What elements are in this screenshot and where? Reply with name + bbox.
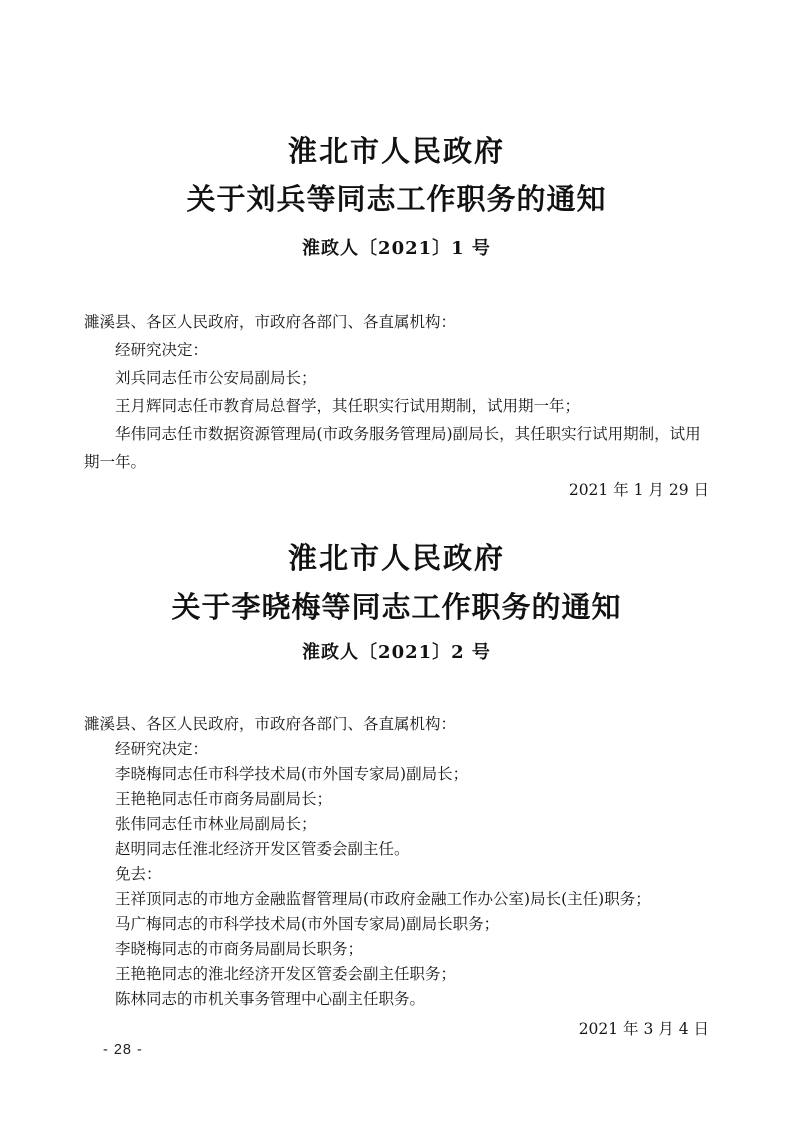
notice-1-paragraph: 王月辉同志任市教育局总督学，其任职实行试用期制，试用期一年； (84, 392, 709, 420)
page-number: - 28 - (103, 1042, 143, 1058)
notice-1-paragraph: 华伟同志任市数据资源管理局(市政务服务管理局)副局长，其任职实行试用期制，试用期… (84, 420, 709, 476)
notice-2-doc-number: 淮政人〔2021〕2 号 (84, 642, 709, 664)
notice-2-paragraph: 王艳艳同志任市商务局副局长； (84, 787, 709, 812)
notice-2-title: 关于李晓梅等同志工作职务的通知 (84, 591, 709, 624)
notice-2: 淮北市人民政府 关于李晓梅等同志工作职务的通知 淮政人〔2021〕2 号 濉溪县… (84, 542, 709, 1042)
notice-1-paragraph: 经研究决定： (84, 336, 709, 364)
notice-2-paragraph: 张伟同志任市林业局副局长； (84, 812, 709, 837)
notice-1: 淮北市人民政府 关于刘兵等同志工作职务的通知 淮政人〔2021〕1 号 濉溪县、… (84, 135, 709, 504)
notice-2-salutation: 濉溪县、各区人民政府，市政府各部门、各直属机构： (84, 712, 709, 737)
notice-2-paragraph: 李晓梅同志任市科学技术局(市外国专家局)副局长； (84, 762, 709, 787)
notice-1-date: 2021 年 1 月 29 日 (84, 476, 709, 504)
document-page: 淮北市人民政府 关于刘兵等同志工作职务的通知 淮政人〔2021〕1 号 濉溪县、… (0, 0, 793, 1122)
notice-2-issuing-org: 淮北市人民政府 (84, 542, 709, 575)
notice-2-date: 2021 年 3 月 4 日 (84, 1017, 709, 1042)
notice-2-paragraph: 马广梅同志的市科学技术局(市外国专家局)副局长职务； (84, 912, 709, 937)
notice-2-paragraph: 陈林同志的市机关事务管理中心副主任职务。 (84, 987, 709, 1012)
notice-1-salutation: 濉溪县、各区人民政府，市政府各部门、各直属机构： (84, 308, 709, 336)
notice-2-paragraph: 王祥顶同志的市地方金融监督管理局(市政府金融工作办公室)局长(主任)职务； (84, 887, 709, 912)
notice-2-paragraph: 赵明同志任淮北经济开发区管委会副主任。 (84, 837, 709, 862)
page-footer: - 28 - (84, 1042, 709, 1058)
notice-2-paragraph: 免去： (84, 862, 709, 887)
notice-2-paragraph: 李晓梅同志的市商务局副局长职务； (84, 937, 709, 962)
notice-2-paragraph: 王艳艳同志的淮北经济开发区管委会副主任职务； (84, 962, 709, 987)
notice-1-title: 关于刘兵等同志工作职务的通知 (84, 183, 709, 216)
notice-1-issuing-org: 淮北市人民政府 (84, 135, 709, 168)
notice-1-paragraph: 刘兵同志任市公安局副局长； (84, 364, 709, 392)
notice-1-doc-number: 淮政人〔2021〕1 号 (84, 238, 709, 260)
notice-2-paragraph: 经研究决定： (84, 737, 709, 762)
